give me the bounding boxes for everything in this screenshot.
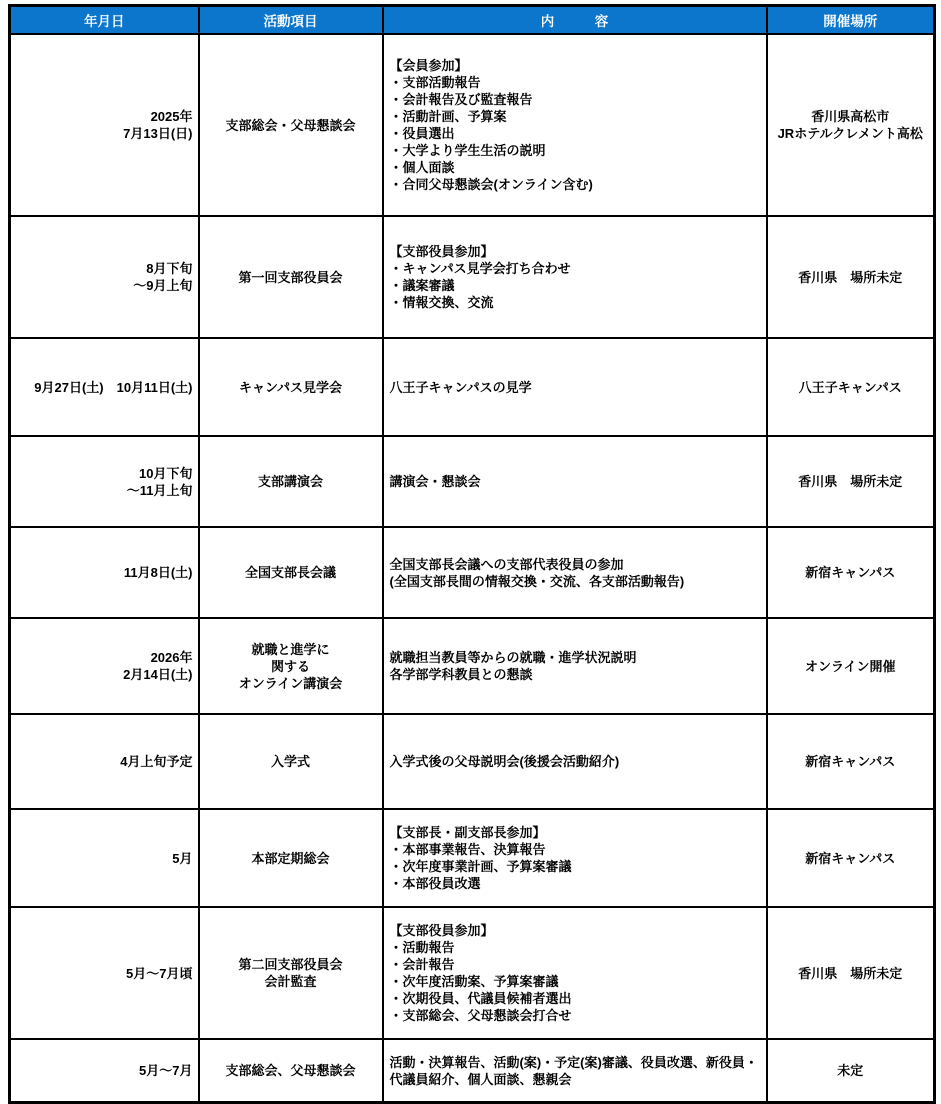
cell-content: 入学式後の父母説明会(後援会活動紹介) xyxy=(383,714,767,809)
table-row: 5月～7月頃 第二回支部役員会 会計監査 【支部役員参加】 ・活動報告 ・会計報… xyxy=(10,907,935,1039)
cell-date: 5月 xyxy=(10,809,199,907)
table-row: 9月27日(土) 10月11日(土) キャンパス見学会 八王子キャンパスの見学 … xyxy=(10,338,935,436)
schedule-table-container: 年月日 活動項目 内 容 開催場所 2025年 7月13日(日) 支部総会・父母… xyxy=(0,0,941,1104)
cell-venue: 香川県 場所未定 xyxy=(767,436,935,527)
cell-venue: 香川県高松市 JRホテルクレメント高松 xyxy=(767,34,935,216)
cell-date: 2026年 2月14日(土) xyxy=(10,618,199,714)
cell-venue: 八王子キャンパス xyxy=(767,338,935,436)
cell-content: 八王子キャンパスの見学 xyxy=(383,338,767,436)
table-row: 2025年 7月13日(日) 支部総会・父母懇談会 【会員参加】 ・支部活動報告… xyxy=(10,34,935,216)
table-body: 2025年 7月13日(日) 支部総会・父母懇談会 【会員参加】 ・支部活動報告… xyxy=(10,34,935,1103)
cell-date: 11月8日(土) xyxy=(10,527,199,618)
cell-content: 全国支部長会議への支部代表役員の参加 (全国支部長間の情報交換・交流、各支部活動… xyxy=(383,527,767,618)
cell-activity: 就職と進学に 関する オンライン講演会 xyxy=(199,618,383,714)
cell-content: 【支部役員参加】 ・キャンパス見学会打ち合わせ ・議案審議 ・情報交換、交流 xyxy=(383,216,767,338)
cell-activity: 支部講演会 xyxy=(199,436,383,527)
cell-date: 4月上旬予定 xyxy=(10,714,199,809)
cell-activity: 全国支部長会議 xyxy=(199,527,383,618)
header-cell-content: 内 容 xyxy=(383,6,767,35)
cell-date: 5月～7月頃 xyxy=(10,907,199,1039)
table-row: 5月～7月 支部総会、父母懇談会 活動・決算報告、活動(案)・予定(案)審議、役… xyxy=(10,1039,935,1103)
cell-activity: 支部総会・父母懇談会 xyxy=(199,34,383,216)
cell-venue: 香川県 場所未定 xyxy=(767,907,935,1039)
table-row: 4月上旬予定 入学式 入学式後の父母説明会(後援会活動紹介) 新宿キャンパス xyxy=(10,714,935,809)
cell-venue: オンライン開催 xyxy=(767,618,935,714)
table-row: 8月下旬 ～9月上旬 第一回支部役員会 【支部役員参加】 ・キャンパス見学会打ち… xyxy=(10,216,935,338)
cell-venue: 新宿キャンパス xyxy=(767,527,935,618)
cell-activity: 支部総会、父母懇談会 xyxy=(199,1039,383,1103)
header-cell-venue: 開催場所 xyxy=(767,6,935,35)
cell-content: 【支部長・副支部長参加】 ・本部事業報告、決算報告 ・次年度事業計画、予算案審議… xyxy=(383,809,767,907)
header-cell-activity: 活動項目 xyxy=(199,6,383,35)
cell-date: 2025年 7月13日(日) xyxy=(10,34,199,216)
schedule-table: 年月日 活動項目 内 容 開催場所 2025年 7月13日(日) 支部総会・父母… xyxy=(8,4,936,1104)
cell-activity: キャンパス見学会 xyxy=(199,338,383,436)
cell-content: 【支部役員参加】 ・活動報告 ・会計報告 ・次年度活動案、予算案審議 ・次期役員… xyxy=(383,907,767,1039)
cell-content: 就職担当教員等からの就職・進学状況説明 各学部学科教員との懇談 xyxy=(383,618,767,714)
cell-date: 5月～7月 xyxy=(10,1039,199,1103)
cell-date: 8月下旬 ～9月上旬 xyxy=(10,216,199,338)
cell-activity: 本部定期総会 xyxy=(199,809,383,907)
table-row: 2026年 2月14日(土) 就職と進学に 関する オンライン講演会 就職担当教… xyxy=(10,618,935,714)
table-row: 5月 本部定期総会 【支部長・副支部長参加】 ・本部事業報告、決算報告 ・次年度… xyxy=(10,809,935,907)
cell-date: 9月27日(土) 10月11日(土) xyxy=(10,338,199,436)
cell-content: 【会員参加】 ・支部活動報告 ・会計報告及び監査報告 ・活動計画、予算案 ・役員… xyxy=(383,34,767,216)
cell-venue: 新宿キャンパス xyxy=(767,714,935,809)
cell-activity: 入学式 xyxy=(199,714,383,809)
cell-activity: 第二回支部役員会 会計監査 xyxy=(199,907,383,1039)
cell-venue: 新宿キャンパス xyxy=(767,809,935,907)
cell-content: 講演会・懇談会 xyxy=(383,436,767,527)
table-header: 年月日 活動項目 内 容 開催場所 xyxy=(10,6,935,35)
cell-venue: 香川県 場所未定 xyxy=(767,216,935,338)
table-row: 10月下旬 ～11月上旬 支部講演会 講演会・懇談会 香川県 場所未定 xyxy=(10,436,935,527)
table-row: 11月8日(土) 全国支部長会議 全国支部長会議への支部代表役員の参加 (全国支… xyxy=(10,527,935,618)
cell-venue: 未定 xyxy=(767,1039,935,1103)
cell-date: 10月下旬 ～11月上旬 xyxy=(10,436,199,527)
cell-content: 活動・決算報告、活動(案)・予定(案)審議、役員改選、新役員・代議員紹介、個人面… xyxy=(383,1039,767,1103)
header-row: 年月日 活動項目 内 容 開催場所 xyxy=(10,6,935,35)
cell-activity: 第一回支部役員会 xyxy=(199,216,383,338)
header-cell-date: 年月日 xyxy=(10,6,199,35)
